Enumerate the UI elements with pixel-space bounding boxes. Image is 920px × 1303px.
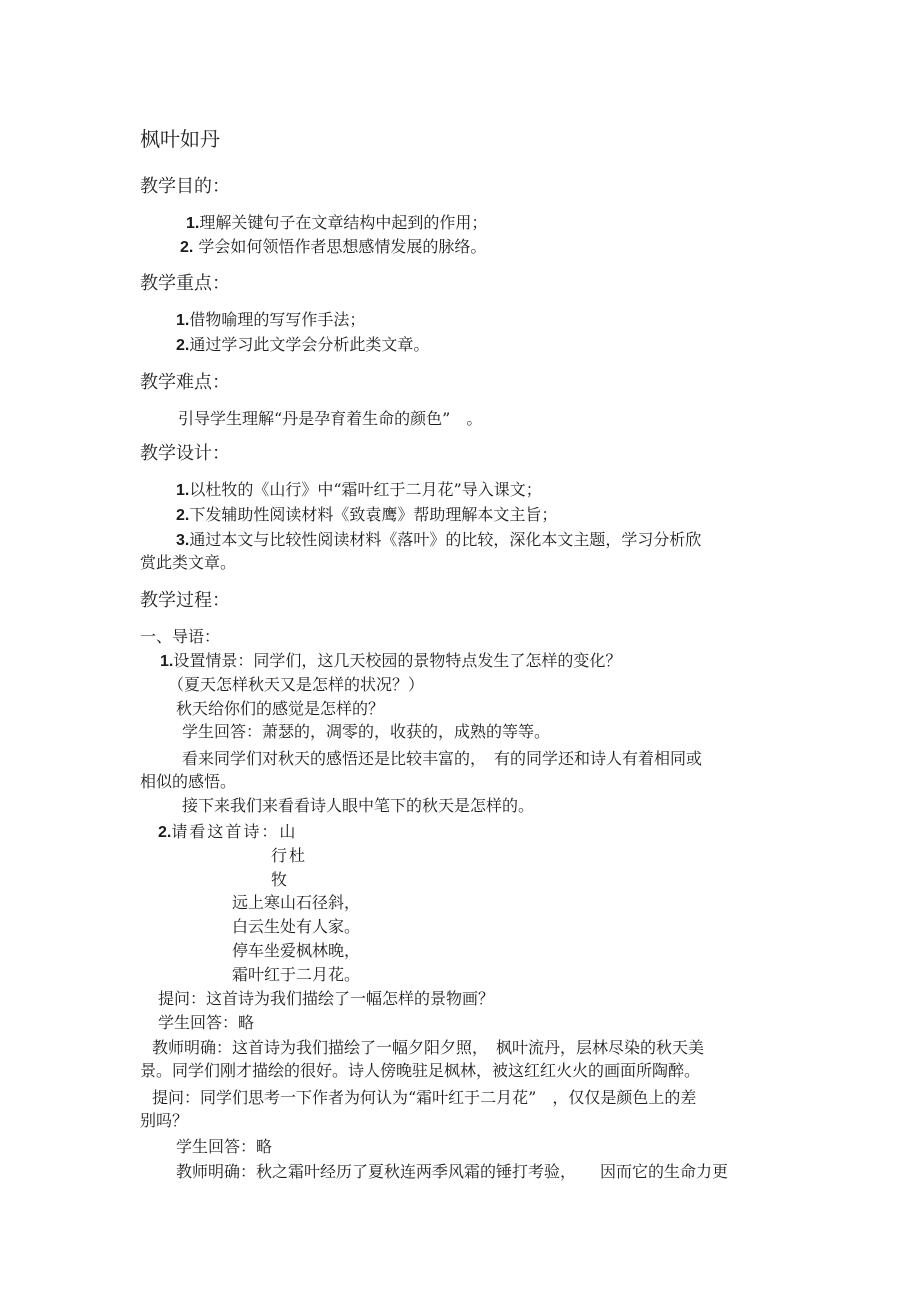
step-1-line-3: 秋天给你们的感觉是怎样的？ bbox=[176, 699, 384, 719]
key-points-heading: 教学重点： bbox=[140, 273, 230, 295]
design-item-3: 3.通过本文与比较性阅读材料《落叶》的比较，深化本文主题，学习分析欣 bbox=[176, 530, 701, 551]
poem-line-4: 霜叶红于二月花。 bbox=[232, 965, 360, 985]
objective-item-1: 1.理解关键句子在文章结构中起到的作用； bbox=[186, 213, 487, 234]
step-1-line-2: （夏天怎样秋天又是怎样的状况？） bbox=[168, 675, 424, 695]
poem-line-2: 白云生处有人家。 bbox=[232, 917, 360, 937]
teacher-clarification-1: 教师明确：这首诗为我们描绘了一幅夕阳夕照， 枫叶流丹，层林尽染的秋天美 bbox=[152, 1038, 704, 1058]
list-number: 2. bbox=[176, 507, 189, 524]
poem-line-3: 停车坐爱枫林晚， bbox=[232, 941, 360, 961]
list-text: 下发辅助性阅读材料《致袁鹰》帮助理解本文主旨； bbox=[189, 505, 557, 524]
question-1: 提问：这首诗为我们描绘了一幅怎样的景物画？ bbox=[158, 989, 494, 1009]
question-2: 提问：同学们思考一下作者为何认为“霜叶红于二月花” ，仅仅是颜色上的差 bbox=[152, 1088, 696, 1108]
design-item-2: 2.下发辅助性阅读材料《致袁鹰》帮助理解本文主旨； bbox=[176, 505, 557, 526]
step-2: 2.请看这首诗：山 bbox=[158, 822, 297, 843]
list-text: 通过学习此文学会分析此类文章。 bbox=[189, 335, 429, 354]
list-text: 学会如何领悟作者思想感情发展的脉络。 bbox=[193, 237, 486, 256]
list-number: 1. bbox=[176, 312, 189, 329]
section-1-heading: 一、导语： bbox=[140, 627, 220, 647]
step-1: 1.设置情景：同学们，这几天校园的景物特点发生了怎样的变化？ bbox=[160, 651, 621, 672]
question-2-continued: 别吗？ bbox=[140, 1111, 188, 1131]
step-1-line-5-continued: 相似的感悟。 bbox=[140, 772, 236, 792]
key-point-item-2: 2.通过学习此文学会分析此类文章。 bbox=[176, 335, 429, 356]
step-1-line-4: 学生回答：萧瑟的，凋零的，收获的，成熟的等等。 bbox=[182, 722, 550, 742]
list-number: 1. bbox=[186, 215, 199, 232]
list-text: 设置情景：同学们，这几天校园的景物特点发生了怎样的变化？ bbox=[173, 651, 621, 670]
document-title: 枫叶如丹 bbox=[140, 127, 220, 151]
list-number: 1. bbox=[176, 482, 189, 499]
list-number: 3. bbox=[176, 532, 189, 549]
teacher-clarification-1-continued: 景。同学们刚才描绘的很好。诗人傍晚驻足枫林，被这红红火火的画面所陶醉。 bbox=[140, 1061, 700, 1081]
poem-line-1: 远上寒山石径斜， bbox=[232, 893, 360, 913]
objectives-heading: 教学目的： bbox=[140, 176, 230, 198]
poem-title-line-3: 牧 bbox=[271, 870, 287, 890]
design-item-3-continued: 赏此类文章。 bbox=[140, 553, 236, 573]
difficulties-heading: 教学难点： bbox=[140, 372, 230, 394]
objective-item-2: 2. 学会如何领悟作者思想感情发展的脉络。 bbox=[180, 237, 486, 258]
answer-1: 学生回答：略 bbox=[158, 1013, 254, 1033]
difficulty-text: 引导学生理解“丹是孕育着生命的颜色” 。 bbox=[178, 409, 482, 429]
key-point-item-1: 1.借物喻理的写写作手法； bbox=[176, 310, 365, 331]
list-number: 1. bbox=[160, 653, 173, 670]
answer-2: 学生回答：略 bbox=[176, 1137, 272, 1157]
list-text: 借物喻理的写写作手法； bbox=[189, 310, 365, 329]
list-text: 请看这首诗：山 bbox=[171, 822, 297, 841]
list-number: 2. bbox=[158, 824, 171, 841]
process-heading: 教学过程： bbox=[140, 590, 230, 612]
step-1-line-5: 看来同学们对秋天的感悟还是比较丰富的， 有的同学还和诗人有着相同或 bbox=[182, 749, 702, 769]
design-item-1: 1.以杜牧的《山行》中“霜叶红于二月花”导入课文； bbox=[176, 480, 542, 501]
list-text: 通过本文与比较性阅读材料《落叶》的比较，深化本文主题，学习分析欣 bbox=[189, 530, 701, 549]
list-number: 2. bbox=[180, 239, 193, 256]
list-number: 2. bbox=[176, 337, 189, 354]
teacher-clarification-2: 教师明确：秋之霜叶经历了夏秋连两季风霜的锤打考验， 因而它的生命力更 bbox=[176, 1162, 728, 1182]
design-heading: 教学设计： bbox=[140, 443, 230, 465]
poem-title-line-2: 行杜 bbox=[271, 846, 307, 866]
list-text: 理解关键句子在文章结构中起到的作用； bbox=[199, 213, 487, 232]
list-text: 以杜牧的《山行》中“霜叶红于二月花”导入课文； bbox=[189, 480, 541, 499]
step-1-line-6: 接下来我们来看看诗人眼中笔下的秋天是怎样的。 bbox=[182, 796, 534, 816]
document-page: 枫叶如丹 教学目的： 1.理解关键句子在文章结构中起到的作用； 2. 学会如何领… bbox=[0, 0, 920, 1303]
